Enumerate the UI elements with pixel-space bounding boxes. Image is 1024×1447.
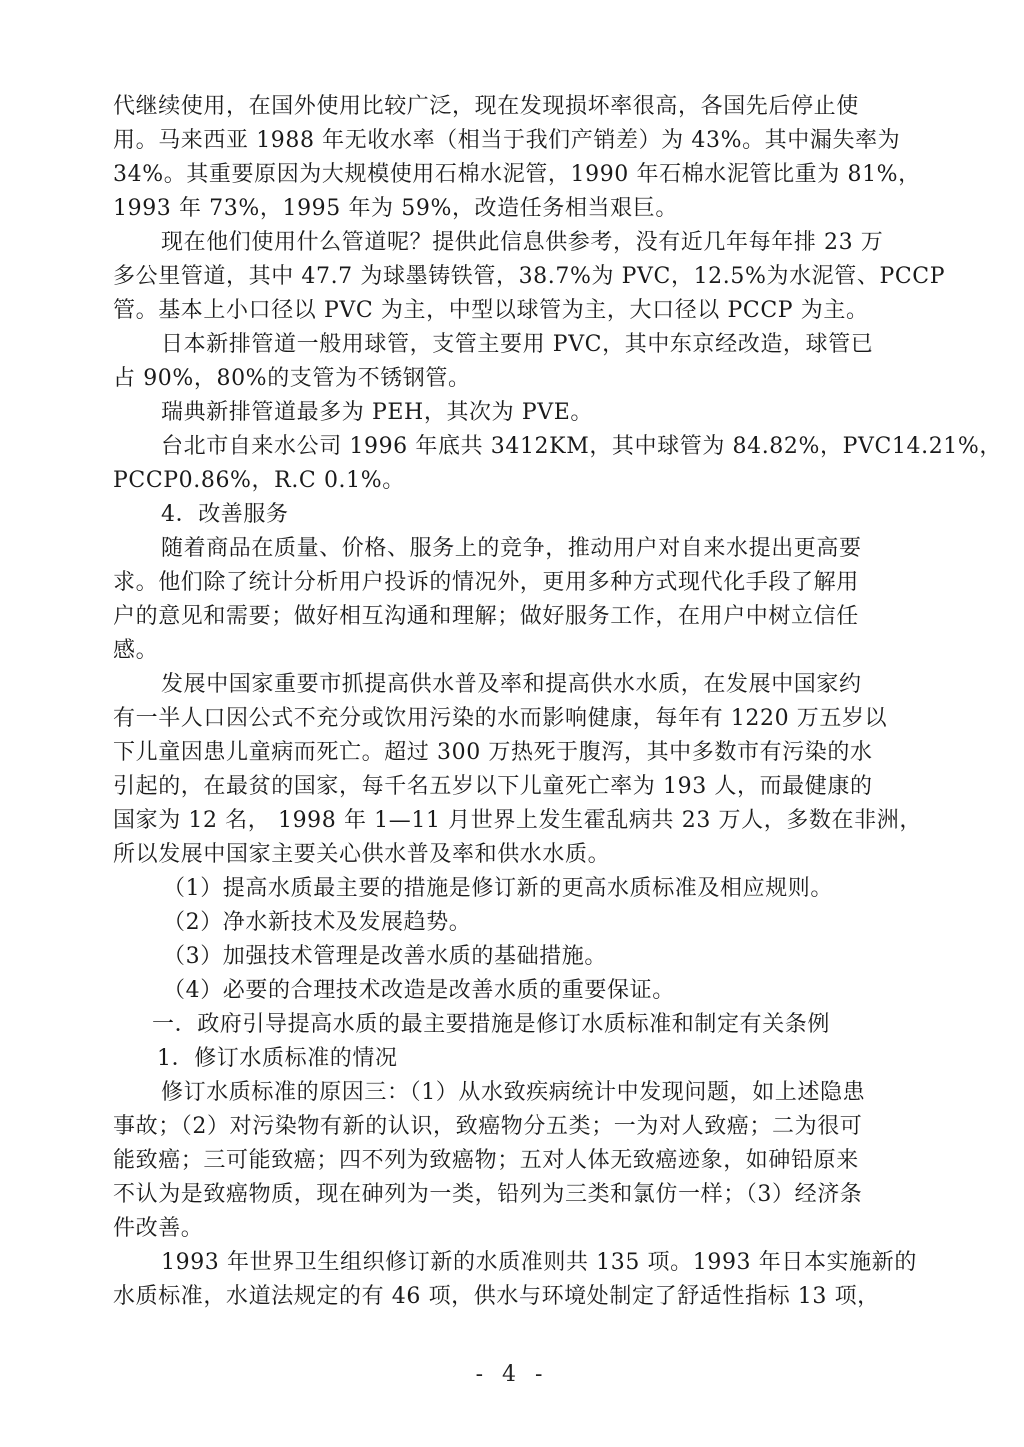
list-item: （2）净水新技术及发展趋势。: [113, 906, 911, 940]
subsection-heading: 1．修订水质标准的情况: [113, 1042, 911, 1076]
text-line: 用。马来西亚 1988 年无收水率（相当于我们产销差）为 43%。其中漏失率为: [113, 124, 911, 158]
section-heading: 一．政府引导提高水质的最主要措施是修订水质标准和制定有关条例: [113, 1008, 911, 1042]
text-line: 水质标准，水道法规定的有 46 项，供水与环境处制定了舒适性指标 13 项，: [113, 1280, 911, 1314]
section-heading: 4．改善服务: [113, 498, 911, 532]
paragraph-start-line: 瑞典新排管道最多为 PEH，其次为 PVE。: [113, 396, 911, 430]
list-item: （4）必要的合理技术改造是改善水质的重要保证。: [113, 974, 911, 1008]
paragraph-start-line: 台北市自来水公司 1996 年底共 3412KM，其中球管为 84.82%，PV…: [113, 430, 911, 464]
text-line: PCCP0.86%，R.C 0.1%。: [113, 464, 911, 498]
page-number: - 4 -: [0, 1362, 1024, 1387]
list-item: （3）加强技术管理是改善水质的基础措施。: [113, 940, 911, 974]
list-item: （1）提高水质最主要的措施是修订新的更高水质标准及相应规则。: [113, 872, 911, 906]
text-line: 件改善。: [113, 1212, 911, 1246]
text-line: 管。基本上小口径以 PVC 为主，中型以球管为主，大口径以 PCCP 为主。: [113, 294, 911, 328]
text-line: 求。他们除了统计分析用户投诉的情况外，更用多种方式现代化手段了解用: [113, 566, 911, 600]
text-line: 1993 年 73%，1995 年为 59%，改造任务相当艰巨。: [113, 192, 911, 226]
paragraph-start-line: 修订水质标准的原因三：（1）从水致疾病统计中发现问题，如上述隐患: [113, 1076, 911, 1110]
text-line: 户的意见和需要；做好相互沟通和理解；做好服务工作，在用户中树立信任: [113, 600, 911, 634]
text-line: 34%。其重要原因为大规模使用石棉水泥管，1990 年石棉水泥管比重为 81%，: [113, 158, 911, 192]
text-line: 多公里管道，其中 47.7 为球墨铸铁管，38.7%为 PVC，12.5%为水泥…: [113, 260, 911, 294]
text-line: 占 90%，80%的支管为不锈钢管。: [113, 362, 911, 396]
paragraph-start-line: 日本新排管道一般用球管，支管主要用 PVC，其中东京经改造，球管已: [113, 328, 911, 362]
text-line: 感。: [113, 634, 911, 668]
text-line: 事故；（2）对污染物有新的认识，致癌物分五类；一为对人致癌；二为很可: [113, 1110, 911, 1144]
text-line: 代继续使用，在国外使用比较广泛，现在发现损坏率很高，各国先后停止使: [113, 90, 911, 124]
text-line: 不认为是致癌物质，现在砷列为一类，铅列为三类和氯仿一样；（3）经济条: [113, 1178, 911, 1212]
text-line: 有一半人口因公式不充分或饮用污染的水而影响健康，每年有 1220 万五岁以: [113, 702, 911, 736]
paragraph-start-line: 发展中国家重要市抓提高供水普及率和提高供水水质，在发展中国家约: [113, 668, 911, 702]
text-line: 引起的，在最贫的国家，每千名五岁以下儿童死亡率为 193 人，而最健康的: [113, 770, 911, 804]
paragraph-start-line: 1993 年世界卫生组织修订新的水质准则共 135 项。1993 年日本实施新的: [113, 1246, 911, 1280]
text-line: 国家为 12 名， 1998 年 1—11 月世界上发生霍乱病共 23 万人，多…: [113, 804, 911, 838]
document-page: 代继续使用，在国外使用比较广泛，现在发现损坏率很高，各国先后停止使 用。马来西亚…: [113, 90, 911, 1314]
text-line: 能致癌；三可能致癌；四不列为致癌物；五对人体无致癌迹象，如砷铅原来: [113, 1144, 911, 1178]
text-line: 所以发展中国家主要关心供水普及率和供水水质。: [113, 838, 911, 872]
paragraph-start-line: 随着商品在质量、价格、服务上的竞争，推动用户对自来水提出更高要: [113, 532, 911, 566]
text-line: 下儿童因患儿童病而死亡。超过 300 万热死于腹泻，其中多数市有污染的水: [113, 736, 911, 770]
paragraph-start-line: 现在他们使用什么管道呢？提供此信息供参考，没有近几年每年排 23 万: [113, 226, 911, 260]
